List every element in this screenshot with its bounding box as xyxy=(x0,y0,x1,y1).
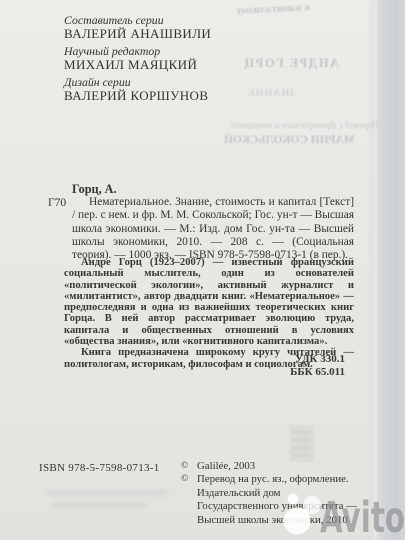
copyright-symbol-icon: © xyxy=(181,473,190,486)
avito-logo-dots-icon xyxy=(284,494,322,535)
bleed-through-smudge xyxy=(46,489,168,496)
catalog-author: Горц, А. xyxy=(72,182,354,196)
catalog-description: Нематериальное. Знание, стоимость и капи… xyxy=(72,196,354,262)
bleed-through-title: ЗНАНИЕ xyxy=(247,88,296,99)
credit-name: ВАЛЕРИЙ АНАШВИЛИ xyxy=(64,27,211,41)
copyright-entry-publisher: © Galilée, 2003 xyxy=(181,460,357,473)
catalog-card: Г70 Горц, А. Нематериальное. Знание, сто… xyxy=(72,182,354,262)
credit-science-editor: Научный редактор МИХАИЛ МАЯЦКИЙ xyxy=(64,45,211,72)
classification-codes: УДК 330.1 ББК 65.011 xyxy=(290,353,345,378)
bleed-through-translation-note: Перевод с французского и немецкого xyxy=(231,121,379,131)
bleed-through-top-line: к капитализму xyxy=(236,1,311,17)
annotation-paragraph-1: Андре Горц (1923–2007) — известный франц… xyxy=(64,257,354,347)
series-credits: Составитель серии ВАЛЕРИЙ АНАШВИЛИ Научн… xyxy=(64,14,211,107)
publisher-stamp-bleed-through xyxy=(289,425,314,462)
book-imprint-page-photo: к капитализму АНДРЕ ГОРЦ ЗНАНИЕ Перевод … xyxy=(0,0,405,540)
bbk-code: ББК 65.011 xyxy=(290,366,345,379)
bleed-through-author: АНДРЕ ГОРЦ xyxy=(243,56,339,71)
catalog-index-code: Г70 xyxy=(48,197,66,209)
avito-watermark: Avito xyxy=(274,478,405,538)
credit-series-designer: Дизайн серии ВАЛЕРИЙ КОРШУНОВ xyxy=(64,76,211,103)
udk-code: УДК 330.1 xyxy=(290,353,345,366)
credit-name: ВАЛЕРИЙ КОРШУНОВ xyxy=(64,89,211,103)
credit-name: МИХАИЛ МАЯЦКИЙ xyxy=(64,58,211,72)
bleed-through-smudge xyxy=(50,502,148,509)
bleed-through-translator: МАРИИ СОКОЛЬСКОЙ xyxy=(224,134,355,146)
isbn-text: ISBN 978-5-7598-0713-1 xyxy=(39,462,160,474)
avito-watermark-text: Avito xyxy=(320,493,405,538)
copyright-line: Galilée, 2003 xyxy=(197,460,255,473)
page-edge-shadow xyxy=(367,0,405,540)
copyright-symbol-icon: © xyxy=(181,460,190,473)
credit-series-compiler: Составитель серии ВАЛЕРИЙ АНАШВИЛИ xyxy=(64,14,211,41)
